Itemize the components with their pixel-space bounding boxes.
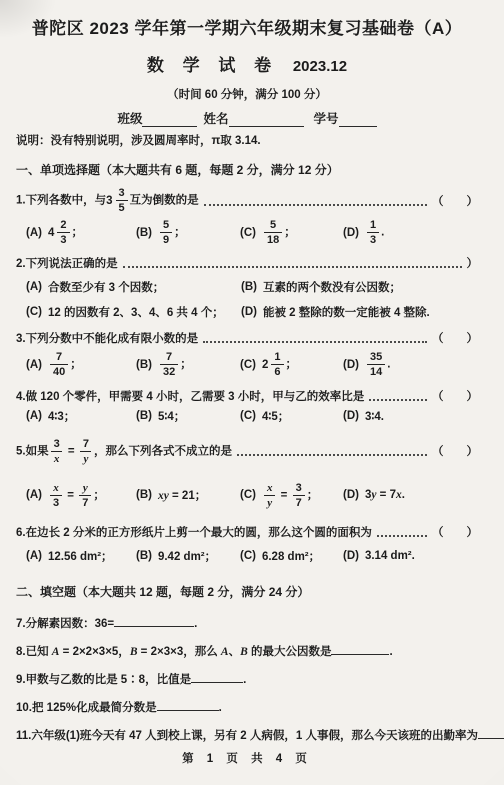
option: (B)9.42 dm²； bbox=[136, 548, 240, 564]
text-run: 3.14 dm². bbox=[365, 550, 415, 562]
text-run: 1.下列各数中，与 bbox=[16, 195, 106, 207]
option: (A)x3 = y7； bbox=[26, 481, 136, 510]
fraction-numerator: 1 bbox=[271, 351, 283, 364]
fraction-denominator: 7 bbox=[293, 495, 305, 509]
fraction-numerator: 7 bbox=[53, 351, 65, 364]
fraction-denominator: 32 bbox=[160, 364, 178, 378]
option-label: (A) bbox=[26, 410, 42, 422]
answer-blank bbox=[478, 727, 504, 739]
class-blank bbox=[142, 113, 197, 127]
fraction-numerator: 3 bbox=[116, 187, 128, 200]
option-body: 6.28 dm²； bbox=[262, 548, 320, 564]
option: (B)59； bbox=[136, 218, 240, 247]
option: (B)互素的两个数没有公因数； bbox=[241, 279, 478, 295]
text-run: 7.分解素因数：36= bbox=[16, 618, 114, 630]
question-stem: 4.做 120 个零件，甲需要 4 小时，乙需要 3 小时，甲与乙的效率比是（ … bbox=[16, 388, 478, 404]
option-label: (C) bbox=[240, 359, 256, 371]
option: (B)732； bbox=[136, 350, 240, 379]
fraction-numerator: 7 bbox=[80, 438, 92, 451]
dotted-leader bbox=[369, 399, 427, 401]
text-run: 2.下列说法正确的是 bbox=[16, 258, 118, 270]
option: (D)3∶4. bbox=[343, 409, 478, 423]
option-label: (A) bbox=[26, 281, 42, 293]
question-stem-text: 3.下列分数中不能化成有限小数的是 bbox=[16, 330, 198, 346]
fraction-denominator: y bbox=[264, 495, 275, 509]
exam-subtitle: 数 学 试 卷 bbox=[147, 56, 278, 75]
fill-question-10: 10.把 125%化成最简分数是. bbox=[16, 699, 478, 715]
fraction: 35 bbox=[116, 187, 128, 214]
answer-paren: （ ） bbox=[432, 443, 478, 459]
dotted-leader bbox=[204, 204, 427, 206]
text-run: 9.甲数与乙数的比是 5∶8，比值是 bbox=[16, 674, 191, 686]
fraction: 13 bbox=[367, 219, 379, 246]
fraction-numerator: 5 bbox=[267, 219, 279, 232]
fraction-denominator: 7 bbox=[79, 495, 91, 509]
option: (D)能被 2 整除的数一定能被 4 整除. bbox=[241, 304, 478, 320]
name-blank bbox=[229, 113, 304, 127]
option-body: 4∶5； bbox=[262, 408, 289, 424]
exam-instructions: 说明：没有特别说明，涉及圆周率时，π取 3.14. bbox=[16, 132, 478, 148]
text-run: ，那么下列各式不成立的是 bbox=[94, 445, 232, 457]
text-run: 合数至少有 3 个因数； bbox=[48, 282, 164, 294]
text-run: = 21； bbox=[169, 490, 206, 502]
option-body: 3y = 7x. bbox=[365, 489, 405, 501]
question-stem-text: 2.下列说法正确的是 bbox=[16, 255, 118, 271]
fraction: 37 bbox=[293, 482, 305, 509]
text-run: ； bbox=[70, 359, 82, 371]
option: (D)13. bbox=[343, 218, 478, 247]
text-run: . bbox=[402, 489, 405, 501]
question-stem: 3.下列分数中不能化成有限小数的是（ ） bbox=[16, 330, 478, 346]
text-run: 12.56 dm²； bbox=[48, 551, 113, 563]
option-label: (B) bbox=[136, 489, 152, 501]
answer-blank bbox=[114, 615, 194, 627]
text-run: 10.把 125%化成最简分数是 bbox=[16, 702, 157, 714]
text-run: . bbox=[243, 674, 246, 686]
option-body: 5∶4； bbox=[158, 408, 185, 424]
answer-blank bbox=[191, 671, 243, 683]
option-label: (A) bbox=[26, 227, 42, 239]
answer-paren: （ ） bbox=[432, 524, 478, 540]
math-variable: B bbox=[240, 646, 248, 658]
option-body: 12.56 dm²； bbox=[48, 548, 113, 564]
question-stem: 6.在边长 2 分米的正方形纸片上剪一个最大的圆，那么这个圆的面积为（ ） bbox=[16, 524, 478, 540]
text-run: 互素的两个数没有公因数； bbox=[263, 282, 401, 294]
question-3: 3.下列分数中不能化成有限小数的是（ ）(A)740；(B)732；(C)216… bbox=[16, 330, 478, 379]
text-run: 8.已知 bbox=[16, 646, 52, 658]
fraction-numerator: 3 bbox=[293, 482, 305, 495]
fraction: 7y bbox=[80, 438, 92, 465]
option-label: (C) bbox=[240, 410, 256, 422]
option: (B)xy = 21； bbox=[136, 487, 240, 503]
student-id-field: 学号 bbox=[314, 109, 377, 127]
option-label: (B) bbox=[136, 359, 152, 371]
fraction: x3 bbox=[50, 482, 62, 509]
name-label: 姓名 bbox=[203, 109, 228, 127]
mixed-number-whole: 2 bbox=[262, 359, 268, 371]
option-label: (B) bbox=[241, 281, 257, 293]
text-run: 4∶5； bbox=[262, 411, 289, 423]
fraction-denominator: y bbox=[80, 451, 91, 465]
question-stem-text: 1.下列各数中，与335互为倒数的是 bbox=[16, 186, 199, 215]
option: (D)3514. bbox=[343, 350, 478, 379]
text-run: = bbox=[65, 445, 78, 457]
exam-title: 普陀区 2023 学年第一学期六年级期末复习基础卷（A） bbox=[16, 14, 478, 39]
options-row: (A)423；(B)59；(C)518；(D)13. bbox=[26, 218, 478, 247]
option-body: 9.42 dm²； bbox=[158, 548, 216, 564]
options-row: (A)合数至少有 3 个因数；(B)互素的两个数没有公因数；(C)12 的因数有… bbox=[26, 279, 478, 320]
option-body: 合数至少有 3 个因数； bbox=[48, 279, 164, 295]
option-body: 13. bbox=[365, 218, 384, 247]
text-run: 3.下列分数中不能化成有限小数的是 bbox=[16, 333, 198, 345]
student-id-blank bbox=[339, 113, 377, 127]
text-run: ； bbox=[286, 359, 298, 371]
fraction-denominator: x bbox=[51, 451, 63, 465]
fraction: 16 bbox=[271, 351, 283, 378]
page-number: 第 1 页 共 4 页 bbox=[16, 750, 478, 766]
text-run: ； bbox=[284, 227, 296, 239]
question-stem-text: 4.做 120 个零件，甲需要 4 小时，乙需要 3 小时，甲与乙的效率比是 bbox=[16, 388, 364, 404]
answer-paren: （ ） bbox=[432, 330, 478, 346]
question-stem: 2.下列说法正确的是） bbox=[16, 255, 478, 271]
option-label: (C) bbox=[240, 550, 256, 562]
text-run: ； bbox=[93, 489, 105, 501]
text-run: 5∶4； bbox=[158, 411, 185, 423]
option-body: xy = 37； bbox=[262, 481, 318, 510]
dotted-leader bbox=[237, 454, 427, 456]
option-body: 互素的两个数没有公因数； bbox=[263, 279, 401, 295]
option: (C)4∶5； bbox=[240, 408, 343, 424]
fill-in-questions: 7.分解素因数：36=.8.已知 A = 2×2×3×5，B = 2×3×3，那… bbox=[16, 615, 478, 743]
choice-questions: 1.下列各数中，与335互为倒数的是（ ）(A)423；(B)59；(C)518… bbox=[16, 186, 478, 564]
option-label: (A) bbox=[26, 489, 42, 501]
fill-question-8: 8.已知 A = 2×2×3×5，B = 2×3×3，那么 A、B 的最大公因数… bbox=[16, 643, 478, 659]
text-run: = bbox=[64, 489, 77, 501]
fraction-numerator: y bbox=[80, 482, 91, 495]
text-run: ； bbox=[174, 227, 186, 239]
section1-heading: 一、单项选择题（本大题共有 6 题，每题 2 分，满分 12 分） bbox=[16, 161, 478, 178]
options-row: (A)12.56 dm²；(B)9.42 dm²；(C)6.28 dm²；(D)… bbox=[26, 548, 478, 564]
option-label: (A) bbox=[26, 550, 42, 562]
option: (A)740； bbox=[26, 350, 136, 379]
option-body: 216； bbox=[262, 350, 297, 379]
fraction-denominator: 3 bbox=[367, 232, 379, 246]
option: (C)xy = 37； bbox=[240, 481, 343, 510]
fraction-numerator: 2 bbox=[57, 219, 69, 232]
text-run: 5.如果 bbox=[16, 445, 49, 457]
options-row: (A)4∶3；(B)5∶4；(C)4∶5；(D)3∶4. bbox=[26, 408, 478, 424]
fraction: 518 bbox=[264, 219, 282, 246]
option: (A)4∶3； bbox=[26, 408, 136, 424]
option-body: 3514. bbox=[365, 350, 390, 379]
option-label: (B) bbox=[136, 550, 152, 562]
option-body: 3∶4. bbox=[365, 409, 384, 423]
text-run: ； bbox=[72, 227, 84, 239]
option-label: (D) bbox=[241, 306, 257, 318]
option-body: 59； bbox=[158, 218, 186, 247]
text-run: = 2×3×3，那么 bbox=[137, 646, 220, 658]
option-label: (D) bbox=[343, 489, 359, 501]
question-6: 6.在边长 2 分米的正方形纸片上剪一个最大的圆，那么这个圆的面积为（ ）(A)… bbox=[16, 524, 478, 564]
option: (A)423； bbox=[26, 218, 136, 247]
option: (A)合数至少有 3 个因数； bbox=[26, 279, 241, 295]
mixed-number-whole: 4 bbox=[48, 227, 54, 239]
fraction: xy bbox=[264, 482, 276, 509]
name-field: 姓名 bbox=[203, 109, 313, 127]
fraction: 732 bbox=[160, 351, 178, 378]
text-run: 互为倒数的是 bbox=[130, 195, 199, 207]
option: (B)5∶4； bbox=[136, 408, 240, 424]
text-run: 12 的因数有 2、3、4、6 共 4 个； bbox=[48, 307, 224, 319]
option-label: (C) bbox=[240, 227, 256, 239]
text-run: ； bbox=[307, 489, 319, 501]
text-run: 6.在边长 2 分米的正方形纸片上剪一个最大的圆，那么这个圆的面积为 bbox=[16, 527, 372, 539]
fraction-denominator: 14 bbox=[367, 364, 385, 378]
exam-subtitle-row: 数 学 试 卷 2023.12 bbox=[16, 51, 478, 76]
text-run: 4.做 120 个零件，甲需要 4 小时，乙需要 3 小时，甲与乙的效率比是 bbox=[16, 391, 364, 403]
answer-blank bbox=[157, 699, 219, 711]
fill-question-7: 7.分解素因数：36=. bbox=[16, 615, 478, 631]
option: (D)3y = 7x. bbox=[343, 489, 478, 501]
fraction-denominator: 3 bbox=[57, 232, 69, 246]
fraction: 3514 bbox=[367, 351, 385, 378]
option-body: 518； bbox=[262, 218, 296, 247]
answer-blank bbox=[331, 643, 389, 655]
text-run: = 7 bbox=[376, 489, 396, 501]
option-label: (D) bbox=[343, 227, 359, 239]
options-row: (A)740；(B)732；(C)216；(D)3514. bbox=[26, 350, 478, 379]
fraction-denominator: 18 bbox=[264, 232, 282, 246]
dotted-leader bbox=[203, 341, 427, 343]
fraction-denominator: 40 bbox=[50, 364, 68, 378]
option: (C)518； bbox=[240, 218, 343, 247]
text-run: 3∶4. bbox=[365, 411, 384, 423]
question-stem-text: 6.在边长 2 分米的正方形纸片上剪一个最大的圆，那么这个圆的面积为 bbox=[16, 524, 372, 540]
text-run: 9.42 dm²； bbox=[158, 551, 216, 563]
fraction-numerator: x bbox=[264, 482, 276, 495]
option-body: 4∶3； bbox=[48, 408, 75, 424]
option: (C)12 的因数有 2、3、4、6 共 4 个； bbox=[26, 304, 241, 320]
question-4: 4.做 120 个零件，甲需要 4 小时，乙需要 3 小时，甲与乙的效率比是（ … bbox=[16, 388, 478, 424]
fraction: 23 bbox=[57, 219, 69, 246]
option: (D)3.14 dm². bbox=[343, 550, 478, 562]
question-1: 1.下列各数中，与335互为倒数的是（ ）(A)423；(B)59；(C)518… bbox=[16, 186, 478, 247]
question-5: 5.如果3x = 7y，那么下列各式不成立的是（ ）(A)x3 = y7；(B)… bbox=[16, 437, 478, 510]
fraction: 3x bbox=[51, 438, 63, 465]
fraction-numerator: 35 bbox=[367, 351, 385, 364]
fraction-denominator: 5 bbox=[116, 200, 128, 214]
text-run: . bbox=[194, 618, 197, 630]
question-stem-text: 5.如果3x = 7y，那么下列各式不成立的是 bbox=[16, 437, 232, 466]
student-info-row: 班级 姓名 学号 bbox=[16, 109, 478, 127]
option: (C)216； bbox=[240, 350, 343, 379]
fraction-numerator: 3 bbox=[51, 438, 63, 451]
options-row: (A)x3 = y7；(B)xy = 21；(C)xy = 37；(D)3y =… bbox=[26, 481, 478, 510]
text-run: 6.28 dm²； bbox=[262, 551, 320, 563]
option-body: xy = 21； bbox=[158, 487, 206, 503]
text-run: . bbox=[389, 646, 392, 658]
fraction-numerator: 1 bbox=[367, 219, 379, 232]
option-label: (B) bbox=[136, 410, 152, 422]
text-run: . bbox=[219, 702, 222, 714]
fraction-denominator: 6 bbox=[271, 364, 283, 378]
answer-paren: ） bbox=[467, 255, 479, 271]
question-stem: 1.下列各数中，与335互为倒数的是（ ） bbox=[16, 186, 478, 215]
dotted-leader bbox=[377, 535, 427, 537]
option: (C)6.28 dm²； bbox=[240, 548, 343, 564]
text-run: 11.六年级(1)班今天有 47 人到校上课，另有 2 人病假，1 人事假，那么… bbox=[16, 730, 478, 742]
text-run: 的最大公因数是 bbox=[248, 646, 332, 658]
fraction-numerator: 7 bbox=[163, 351, 175, 364]
option-label: (D) bbox=[343, 410, 359, 422]
text-run: . bbox=[381, 227, 384, 239]
section2-heading: 二、填空题（本大题共 12 题，每题 2 分，满分 24 分） bbox=[16, 583, 478, 600]
answer-paren: （ ） bbox=[432, 388, 478, 404]
fraction: 59 bbox=[160, 219, 172, 246]
student-id-label: 学号 bbox=[314, 109, 339, 127]
option-label: (B) bbox=[136, 227, 152, 239]
fill-question-11: 11.六年级(1)班今天有 47 人到校上课，另有 2 人病假，1 人事假，那么… bbox=[16, 727, 478, 743]
text-run: . bbox=[387, 359, 390, 371]
option-body: 732； bbox=[158, 350, 192, 379]
option-label: (C) bbox=[240, 489, 256, 501]
text-run: ； bbox=[180, 359, 192, 371]
text-run: = bbox=[277, 489, 290, 501]
fraction-denominator: 9 bbox=[160, 232, 172, 246]
time-score-note: （时间 60 分钟，满分 100 分） bbox=[16, 86, 478, 102]
fraction-numerator: 5 bbox=[160, 219, 172, 232]
option-body: 423； bbox=[48, 218, 83, 247]
fraction: 740 bbox=[50, 351, 68, 378]
class-label: 班级 bbox=[117, 109, 142, 127]
option-label: (D) bbox=[343, 550, 359, 562]
option-body: 740； bbox=[48, 350, 82, 379]
question-stem: 5.如果3x = 7y，那么下列各式不成立的是（ ） bbox=[16, 437, 478, 466]
exam-paper-page: 普陀区 2023 学年第一学期六年级期末复习基础卷（A） 数 学 试 卷 202… bbox=[0, 0, 504, 785]
mixed-number-whole: 3 bbox=[106, 195, 112, 207]
exam-date: 2023.12 bbox=[293, 58, 347, 75]
math-variable: xy bbox=[158, 490, 169, 502]
question-2: 2.下列说法正确的是）(A)合数至少有 3 个因数；(B)互素的两个数没有公因数… bbox=[16, 255, 478, 320]
fraction: y7 bbox=[79, 482, 91, 509]
class-field: 班级 bbox=[117, 109, 203, 127]
option-label: (A) bbox=[26, 359, 42, 371]
text-run: 能被 2 整除的数一定能被 4 整除. bbox=[263, 307, 430, 319]
option-body: 12 的因数有 2、3、4、6 共 4 个； bbox=[48, 304, 224, 320]
math-variable: A bbox=[221, 646, 229, 658]
text-run: 4∶3； bbox=[48, 411, 75, 423]
dotted-leader bbox=[123, 266, 462, 268]
text-run: 、 bbox=[229, 646, 241, 658]
option-label: (C) bbox=[26, 306, 42, 318]
option: (A)12.56 dm²； bbox=[26, 548, 136, 564]
answer-paren: （ ） bbox=[432, 193, 478, 209]
fraction-numerator: x bbox=[50, 482, 62, 495]
fill-question-9: 9.甲数与乙数的比是 5∶8，比值是. bbox=[16, 671, 478, 687]
option-label: (D) bbox=[343, 359, 359, 371]
option-body: x3 = y7； bbox=[48, 481, 105, 510]
text-run: = 2×2×3×5， bbox=[59, 646, 129, 658]
fraction-denominator: 3 bbox=[50, 495, 62, 509]
option-body: 能被 2 整除的数一定能被 4 整除. bbox=[263, 304, 430, 320]
option-body: 3.14 dm². bbox=[365, 550, 415, 562]
